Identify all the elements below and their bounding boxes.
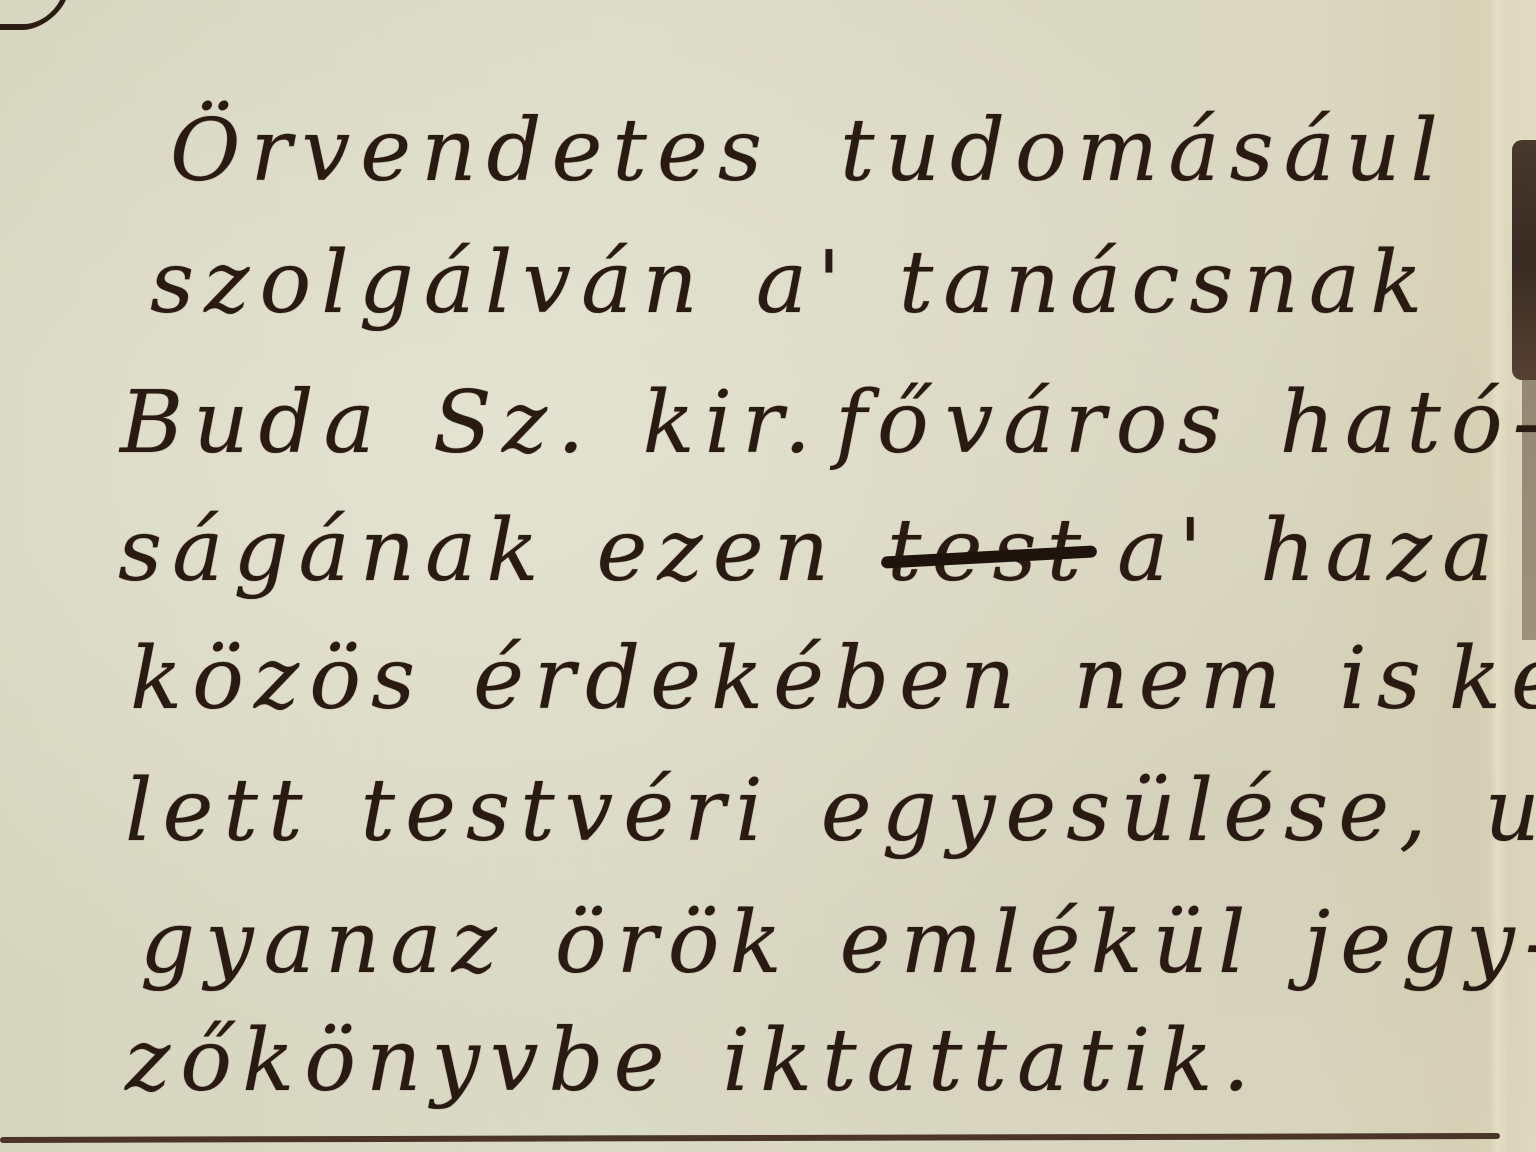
word: tudomásául	[840, 108, 1448, 194]
word: ker-	[1449, 636, 1536, 722]
word: haza	[1260, 508, 1503, 594]
word: érdekében	[473, 636, 1025, 722]
manuscript-line-3: BudaSz.kir.fővárosható-	[120, 380, 1536, 466]
manuscript-line-7: gyanazörökemléküljegy-	[140, 900, 1536, 986]
word: zőkönyvbe	[125, 1018, 674, 1104]
word: a'	[1117, 508, 1212, 594]
manuscript-line-1: Örvendetestudomásául	[170, 108, 1496, 194]
word: Örvendetes	[170, 108, 772, 194]
manuscript-line-2: szolgálvána'tanácsnak	[150, 240, 1480, 326]
word: Buda	[120, 380, 385, 466]
manuscript-line-4: ságánakezentesta'haza	[118, 508, 1536, 594]
manuscript-line-5: közösérdekébennemisker-	[130, 636, 1536, 722]
word: közös	[130, 636, 425, 722]
word: tanácsnak	[899, 240, 1433, 326]
word: Sz.	[433, 380, 595, 466]
word: emlékül	[840, 900, 1256, 986]
manuscript-line-8: zőkönyvbeiktattatik.	[125, 1018, 1308, 1104]
word: örök	[555, 900, 792, 986]
word: lett	[125, 768, 313, 854]
word: testvéri	[361, 768, 773, 854]
word: ható-	[1280, 380, 1536, 466]
word: város	[945, 380, 1232, 466]
word: egyesülése,	[821, 768, 1437, 854]
word: is	[1339, 636, 1431, 722]
word: iktattatik.	[722, 1018, 1259, 1104]
word: szolgálván	[150, 240, 708, 326]
word: nem	[1073, 636, 1291, 722]
word: a'	[756, 240, 851, 326]
manuscript-text: Örvendetestudomásául szolgálvána'tanácsn…	[0, 0, 1536, 1152]
word: u-	[1485, 768, 1536, 854]
word: kir.	[642, 380, 821, 466]
word: fő	[835, 380, 939, 466]
word: ezen	[597, 508, 840, 594]
manuscript-page: Örvendetestudomásául szolgálvána'tanácsn…	[0, 0, 1536, 1152]
word: ságának	[118, 508, 549, 594]
struck-out-word: test	[887, 508, 1091, 594]
word: jegy-	[1304, 900, 1536, 986]
word: gyanaz	[140, 900, 507, 986]
manuscript-line-6: letttestvériegyesülése,u-	[125, 768, 1536, 854]
